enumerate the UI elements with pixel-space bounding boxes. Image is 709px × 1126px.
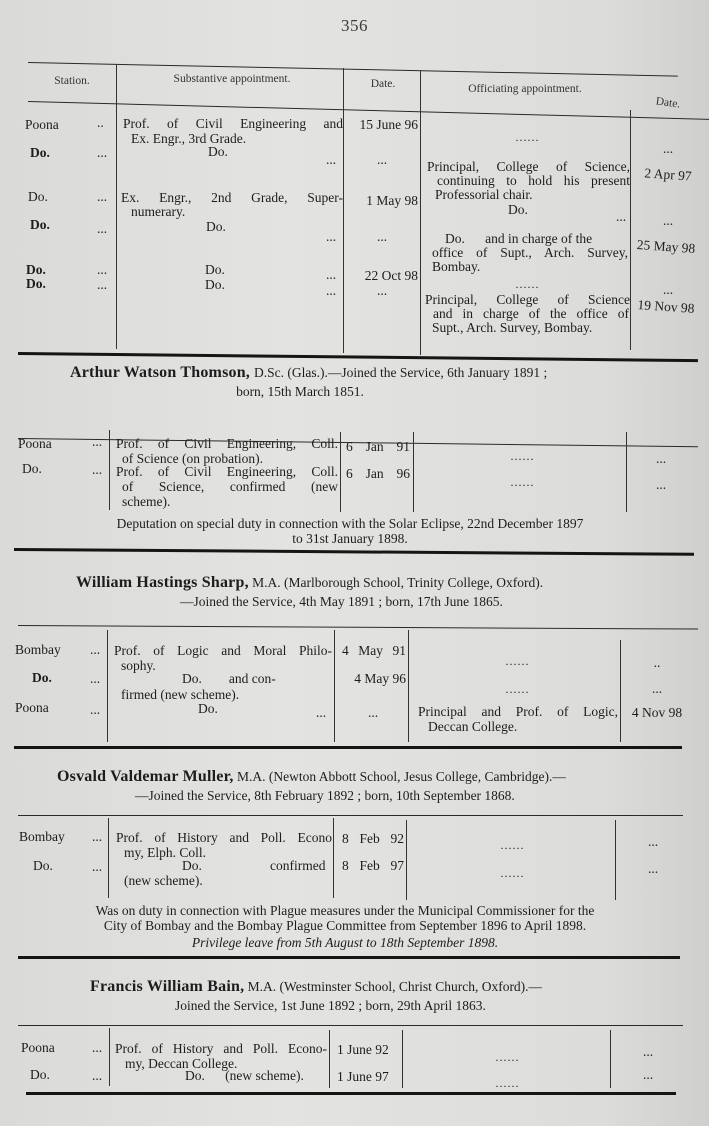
service-note: Was on duty in connection with Plague me… [40, 904, 650, 918]
substantive-appointment: scheme). [122, 495, 170, 509]
officer-details: —Joined the Service, 8th February 1892 ;… [135, 789, 515, 803]
col-header-date: Date. [346, 77, 420, 91]
off-date: 2 Apr 97 [632, 166, 705, 185]
off-date: ... [632, 214, 704, 228]
substantive-appointment: Prof. of History and Poll. Econo [116, 831, 332, 845]
section-divider [26, 1092, 676, 1095]
leader-dots: ... [92, 463, 102, 477]
leader-dots: ... [92, 1069, 102, 1083]
col-divider [116, 64, 117, 349]
substantive-appointment: Do. and con- [182, 672, 276, 686]
off-date: ... [632, 142, 704, 156]
col-divider [402, 1030, 403, 1088]
leave-note: Privilege leave from 5th August to 18th … [40, 936, 650, 950]
officiating-appointment: and in charge of the office of [433, 307, 629, 321]
section-divider [18, 956, 680, 959]
leader-dots: ... [326, 284, 336, 298]
officiating-appointment: Principal, College of Science [425, 293, 630, 307]
col-divider [334, 630, 335, 742]
date: 22 Oct 98 [340, 269, 418, 283]
substantive-appointment: confirmed [270, 859, 325, 873]
page-number: 356 [0, 16, 709, 36]
officiating-appointment: ...... [410, 866, 615, 880]
officiating-appointment: ...... [420, 449, 625, 463]
leader-dots: ... [90, 672, 100, 686]
col-header-station: Station. [28, 74, 116, 88]
col-header-off-date: Date. [631, 91, 704, 115]
leader-dots: ... [326, 230, 336, 244]
substantive-appointment: Do. [198, 702, 218, 716]
date: 6 Jan 91 [346, 440, 410, 454]
table-top-rule [18, 815, 683, 816]
col-divider [413, 432, 414, 512]
substantive-appointment: Ex. Engr., 3rd Grade. [131, 132, 246, 146]
leader-dots: ... [97, 222, 107, 236]
col-divider [108, 818, 109, 898]
officiating-appointment: continuing to hold his present [437, 174, 630, 188]
section-divider [14, 746, 682, 749]
leader-dots: ... [90, 703, 100, 717]
off-date: ... [615, 1045, 681, 1059]
substantive-appointment: Prof. of Logic and Moral Philo- [114, 644, 332, 658]
officiating-appointment: ...... [425, 277, 630, 291]
leader-dots: ... [92, 435, 102, 449]
col-divider [626, 432, 627, 512]
substantive-appointment: Prof. of Civil Engineering, Coll. [116, 465, 338, 479]
substantive-appointment: of Science, confirmed (new [122, 480, 338, 494]
officer-heading: Osvald Valdemar Muller, M.A. (Newton Abb… [57, 770, 566, 784]
officer-details: M.A. (Newton Abbott School, Jesus Colleg… [237, 769, 566, 784]
substantive-appointment: Prof. of Civil Engineering, Coll. [116, 437, 338, 451]
col-divider [343, 68, 344, 353]
officiating-appointment: ...... [405, 1076, 610, 1090]
officiating-appointment: ...... [405, 1050, 610, 1064]
substantive-appointment: Do. [208, 145, 228, 159]
substantive-appointment: numerary. [131, 205, 185, 219]
station: Do. [33, 859, 53, 873]
officiating-appointment: Principal, College of Science, [427, 160, 630, 174]
col-divider [333, 818, 334, 898]
officiating-appointment: ...... [420, 475, 625, 489]
col-divider [630, 110, 631, 350]
col-divider [610, 1030, 611, 1088]
officer-details: —Joined the Service, 4th May 1891 ; born… [180, 595, 503, 609]
date: ... [346, 284, 418, 298]
substantive-appointment: Do. [205, 263, 225, 277]
substantive-appointment: Do. (new scheme). [185, 1069, 304, 1083]
officiating-appointment: ...... [425, 130, 630, 144]
date: 8 Feb 92 [342, 832, 404, 846]
off-date: 4 Nov 98 [624, 706, 690, 720]
col-divider [109, 430, 110, 510]
off-date: ... [620, 862, 686, 876]
service-note: Deputation on special duty in connection… [60, 517, 640, 531]
officiating-appointment: Supt., Arch. Survey, Bombay. [432, 321, 592, 335]
col-divider [620, 640, 621, 742]
officiating-appointment: Principal and Prof. of Logic, [418, 705, 618, 719]
substantive-appointment: Do. [182, 859, 202, 873]
leader-dots: ... [97, 146, 107, 160]
substantive-appointment: Do. [205, 278, 225, 292]
section-divider [18, 352, 698, 362]
document-page: 356 Station. Substantive appointment. Da… [0, 0, 709, 1126]
leader-dots: ... [616, 210, 626, 224]
station: Poona [25, 118, 59, 132]
officer-heading: Francis William Bain, M.A. (Westminster … [90, 980, 542, 994]
officer-heading: William Hastings Sharp, M.A. (Marlboroug… [76, 576, 543, 590]
col-divider [406, 820, 407, 900]
table-top-rule [18, 1025, 683, 1026]
substantive-appointment: sophy. [121, 659, 156, 673]
officer-name: Francis William Bain, [90, 978, 244, 995]
date: 4 May 96 [336, 672, 406, 686]
leader-dots: ... [97, 263, 107, 277]
station: Do. [26, 277, 46, 291]
station: Do. [28, 190, 48, 204]
col-divider [329, 1030, 330, 1088]
station: Do. [26, 263, 46, 277]
leader-dots: ... [90, 643, 100, 657]
station: Poona [15, 701, 49, 715]
station: Poona [21, 1041, 55, 1055]
officiating-appointment: Do. [508, 203, 528, 217]
station: Do. [30, 1068, 50, 1082]
col-divider [420, 70, 421, 355]
station: Do. [30, 146, 50, 160]
leader-dots: ... [92, 1041, 102, 1055]
date: 15 June 96 [344, 118, 418, 132]
officer-name: Osvald Valdemar Muller, [57, 768, 234, 785]
service-note: to 31st January 1898. [60, 532, 640, 546]
officiating-appointment: office of Supt., Arch. Survey, [432, 246, 628, 260]
officiating-appointment: ...... [415, 682, 620, 696]
col-divider [109, 1028, 110, 1086]
officer-details: Joined the Service, 1st June 1892 ; born… [175, 999, 486, 1013]
section-divider [14, 548, 694, 556]
off-date: ... [620, 835, 686, 849]
station: Do. [22, 462, 42, 476]
leader-dots: ... [316, 706, 326, 720]
leader-dots: ... [326, 153, 336, 167]
officiating-appointment: ...... [410, 838, 615, 852]
substantive-appointment: Prof. of History and Poll. Econo- [115, 1042, 327, 1056]
service-note: City of Bombay and the Bombay Plague Com… [40, 919, 650, 933]
officiating-appointment: Deccan College. [428, 720, 517, 734]
off-date: .. [624, 656, 690, 670]
col-header-officiating: Officiating appointment. [420, 82, 630, 96]
date: ... [340, 706, 406, 720]
officer-details: M.A. (Marlborough School, Trinity Colleg… [252, 575, 543, 590]
officiating-appointment: Professorial chair. [435, 188, 532, 202]
officer-heading: Arthur Watson Thomson, D.Sc. (Glas.).—Jo… [70, 366, 547, 380]
table-top-rule [18, 625, 698, 630]
station: Bombay [19, 830, 65, 844]
officiating-appointment: ...... [415, 654, 620, 668]
leader-dots: ... [97, 278, 107, 292]
officiating-appointment: Bombay. [432, 260, 480, 274]
col-divider [408, 630, 409, 742]
col-header-substantive: Substantive appointment. [118, 72, 346, 86]
off-date: ... [615, 1068, 681, 1082]
officiating-appointment: Do. and in charge of the [445, 232, 592, 246]
leader-dots: ... [97, 190, 107, 204]
leader-dots: .. [97, 116, 104, 130]
off-date: 25 May 98 [630, 238, 703, 257]
date: 1 May 98 [344, 194, 418, 208]
substantive-appointment: Ex. Engr., 2nd Grade, Super- [121, 191, 343, 205]
leader-dots: ... [92, 860, 102, 874]
date: 1 June 92 [337, 1043, 389, 1057]
officer-details: born, 15th March 1851. [150, 385, 450, 399]
off-date: ... [632, 283, 704, 297]
date: 6 Jan 96 [346, 467, 410, 481]
date: 8 Feb 97 [342, 859, 404, 873]
leader-dots: ... [92, 830, 102, 844]
date: 1 June 97 [337, 1070, 389, 1084]
substantive-appointment: (new scheme). [124, 874, 203, 888]
date: ... [346, 230, 418, 244]
station: Do. [32, 671, 52, 685]
officer-name: Arthur Watson Thomson, [70, 364, 250, 381]
off-date: ... [628, 452, 694, 466]
col-divider [340, 432, 341, 512]
station: Do. [30, 218, 50, 232]
off-date: ... [628, 478, 694, 492]
station: Poona [18, 437, 52, 451]
date: ... [346, 153, 418, 167]
officer-details: M.A. (Westminster School, Christ Church,… [248, 979, 542, 994]
col-divider [615, 820, 616, 900]
col-divider [107, 630, 108, 742]
station: Bombay [15, 643, 61, 657]
officer-details: D.Sc. (Glas.).—Joined the Service, 6th J… [254, 365, 547, 380]
officer-name: William Hastings Sharp, [76, 574, 249, 591]
substantive-appointment: firmed (new scheme). [121, 688, 239, 702]
substantive-appointment: Prof. of Civil Engineering and [123, 117, 343, 131]
off-date: 19 Nov 98 [630, 298, 703, 317]
date: 4 May 91 [342, 644, 406, 658]
leader-dots: ... [326, 268, 336, 282]
off-date: ... [624, 682, 690, 696]
substantive-appointment: Do. [206, 220, 226, 234]
